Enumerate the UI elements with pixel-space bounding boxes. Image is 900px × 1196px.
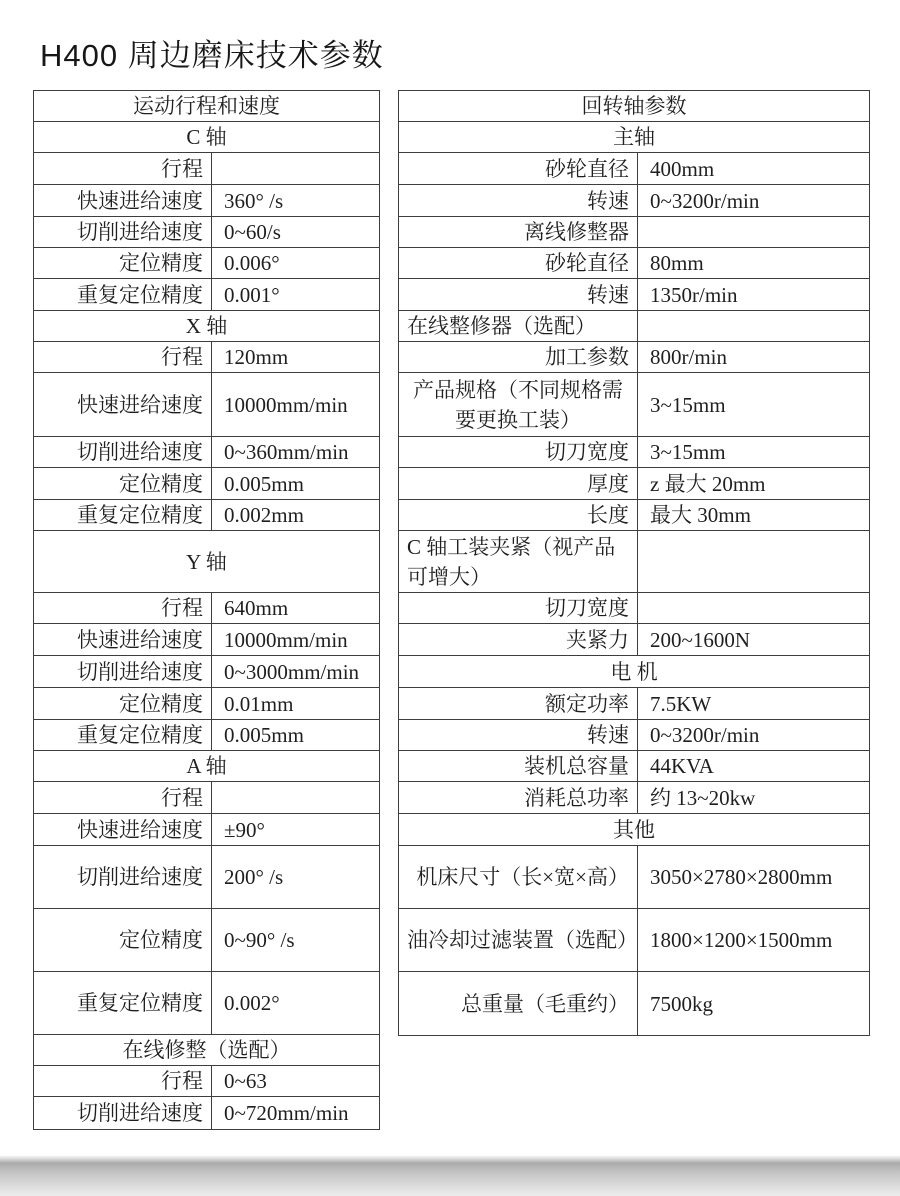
param-label-cell: C 轴工装夹紧（视产品可增大）	[399, 531, 638, 592]
section-header-row: 电 机	[399, 656, 869, 688]
section-header-label: 在线修整（选配）	[40, 1035, 373, 1065]
param-label: 在线整修器（选配）	[407, 311, 629, 341]
param-label: 切刀宽度	[407, 593, 629, 623]
param-label-cell: 转速	[399, 185, 638, 216]
table-row: 在线整修器（选配）	[399, 311, 869, 342]
param-label-cell: 油冷却过滤装置（选配）	[399, 909, 638, 971]
param-label-cell: 离线修整器	[399, 217, 638, 247]
param-value: 80mm	[650, 248, 863, 278]
param-label: 额定功率	[407, 689, 629, 719]
table-row: 切削进给速度0~60/s	[34, 217, 379, 248]
table-row: 夹紧力200~1600N	[399, 624, 869, 656]
param-label-cell: 在线整修器（选配）	[399, 311, 638, 341]
table-row: 重复定位精度0.002mm	[34, 500, 379, 531]
param-value-cell: 0.005mm	[212, 468, 379, 499]
rotary-axis-params-table: 回转轴参数主轴砂轮直径400mm转速0~3200r/min离线修整器砂轮直径80…	[398, 90, 870, 1036]
param-label-cell: 定位精度	[34, 468, 212, 499]
section-header: 电 机	[399, 656, 869, 687]
table-row: 转速0~3200r/min	[399, 720, 869, 751]
param-label: 行程	[42, 1066, 203, 1096]
param-label: 转速	[407, 280, 629, 310]
param-label: 行程	[42, 154, 203, 184]
param-label-cell: 夹紧力	[399, 624, 638, 655]
param-value: 3~15mm	[650, 437, 863, 467]
param-label-cell: 重复定位精度	[34, 720, 212, 750]
section-header-row: Y 轴	[34, 531, 379, 593]
param-label: 长度	[407, 500, 629, 530]
table-row: 切削进给速度0~360mm/min	[34, 437, 379, 468]
table-row: 切刀宽度3~15mm	[399, 437, 869, 468]
section-header: A 轴	[34, 751, 379, 781]
table-row: 产品规格（不同规格需要更换工装）3~15mm	[399, 373, 869, 437]
param-value-cell: 200~1600N	[638, 624, 869, 655]
table-row: 机床尺寸（长×宽×高）3050×2780×2800mm	[399, 846, 869, 909]
param-value: 0.001°	[224, 280, 373, 310]
param-label: 切削进给速度	[42, 437, 203, 467]
param-value-cell: 0.006°	[212, 248, 379, 278]
param-value-cell: 0.001°	[212, 279, 379, 310]
section-header-row: 运动行程和速度	[34, 91, 379, 122]
param-value: 640mm	[224, 593, 373, 623]
param-label: 总重量（毛重约）	[407, 989, 629, 1019]
param-value: 0~3000mm/min	[224, 657, 373, 687]
table-row: 定位精度0~90° /s	[34, 909, 379, 972]
param-label-cell: 厚度	[399, 468, 638, 499]
param-label: 切刀宽度	[407, 437, 629, 467]
param-value-cell: 10000mm/min	[212, 624, 379, 655]
param-value-cell: 7.5KW	[638, 688, 869, 719]
param-label: 快速进给速度	[42, 186, 203, 216]
param-value-cell: 3~15mm	[638, 373, 869, 436]
param-label-cell: 行程	[34, 153, 212, 184]
param-value: 7500kg	[650, 989, 863, 1019]
param-label-cell: 切削进给速度	[34, 846, 212, 908]
section-header-row: A 轴	[34, 751, 379, 782]
table-row: 厚度z 最大 20mm	[399, 468, 869, 500]
param-label-cell: 切削进给速度	[34, 437, 212, 467]
section-header-label: A 轴	[40, 751, 373, 781]
table-row: 加工参数800r/min	[399, 342, 869, 373]
param-label: 消耗总功率	[407, 783, 629, 813]
table-row: 行程0~63	[34, 1066, 379, 1097]
section-header-label: X 轴	[40, 311, 373, 341]
param-value-cell	[638, 217, 869, 247]
param-value-cell: 0.005mm	[212, 720, 379, 750]
param-value-cell: 120mm	[212, 342, 379, 372]
param-value: 10000mm/min	[224, 625, 373, 655]
section-header: Y 轴	[34, 531, 379, 592]
param-label-cell: 行程	[34, 342, 212, 372]
param-label-cell: 定位精度	[34, 248, 212, 278]
param-label: 重复定位精度	[42, 720, 203, 750]
motion-stroke-speed-table: 运动行程和速度C 轴行程快速进给速度360° /s切削进给速度0~60/s定位精…	[33, 90, 380, 1130]
section-header: C 轴	[34, 122, 379, 152]
param-value: 200~1600N	[650, 625, 863, 655]
param-value: 约 13~20kw	[650, 783, 863, 813]
param-value: 200° /s	[224, 862, 373, 892]
param-value: 0~720mm/min	[224, 1098, 373, 1128]
param-value-cell: 1800×1200×1500mm	[638, 909, 869, 971]
param-value: 0~90° /s	[224, 925, 373, 955]
param-label-cell: 转速	[399, 279, 638, 310]
param-label-cell: 定位精度	[34, 909, 212, 971]
table-row: 快速进给速度±90°	[34, 814, 379, 846]
param-label-cell: 砂轮直径	[399, 153, 638, 184]
section-header-row: 主轴	[399, 122, 869, 153]
param-label-cell: 机床尺寸（长×宽×高）	[399, 846, 638, 908]
table-row: 切削进给速度0~3000mm/min	[34, 656, 379, 688]
param-label-cell: 砂轮直径	[399, 248, 638, 278]
param-label: 定位精度	[42, 248, 203, 278]
section-header-label: 回转轴参数	[405, 91, 863, 121]
param-value: 0~63	[224, 1066, 373, 1096]
param-value-cell: 800r/min	[638, 342, 869, 372]
param-value: 3~15mm	[650, 390, 863, 420]
table-row: 转速0~3200r/min	[399, 185, 869, 217]
param-label: 定位精度	[42, 925, 203, 955]
param-label: 定位精度	[42, 469, 203, 499]
param-label: 砂轮直径	[407, 248, 629, 278]
param-value-cell: 44KVA	[638, 751, 869, 781]
param-value-cell: 最大 30mm	[638, 500, 869, 530]
param-value-cell: 0~720mm/min	[212, 1097, 379, 1129]
table-row: 行程640mm	[34, 593, 379, 624]
param-value: 0.01mm	[224, 689, 373, 719]
param-value: 最大 30mm	[650, 500, 863, 530]
section-header-label: C 轴	[40, 122, 373, 152]
table-row: 定位精度0.005mm	[34, 468, 379, 500]
table-row: 长度最大 30mm	[399, 500, 869, 531]
table-row: 砂轮直径400mm	[399, 153, 869, 185]
param-value: 0~360mm/min	[224, 437, 373, 467]
param-value: 44KVA	[650, 751, 863, 781]
table-row: 切削进给速度200° /s	[34, 846, 379, 909]
param-value: 800r/min	[650, 342, 863, 372]
param-label: 产品规格（不同规格需要更换工装）	[407, 375, 629, 435]
param-value-cell: 3050×2780×2800mm	[638, 846, 869, 908]
param-value: 1350r/min	[650, 280, 863, 310]
table-row: 定位精度0.01mm	[34, 688, 379, 720]
param-label: 快速进给速度	[42, 625, 203, 655]
param-value-cell: 0.01mm	[212, 688, 379, 719]
param-label-cell: 定位精度	[34, 688, 212, 719]
param-label-cell: 长度	[399, 500, 638, 530]
param-label-cell: 消耗总功率	[399, 782, 638, 813]
table-row: 转速1350r/min	[399, 279, 869, 311]
table-row: 油冷却过滤装置（选配）1800×1200×1500mm	[399, 909, 869, 972]
param-label: 砂轮直径	[407, 154, 629, 184]
param-label: 行程	[42, 593, 203, 623]
param-value-cell: 0.002°	[212, 972, 379, 1034]
table-row: 切削进给速度0~720mm/min	[34, 1097, 379, 1129]
table-row: C 轴工装夹紧（视产品可增大）	[399, 531, 869, 593]
param-label-cell: 行程	[34, 593, 212, 623]
param-value-cell: 360° /s	[212, 185, 379, 216]
param-label-cell: 切削进给速度	[34, 656, 212, 687]
param-value: 360° /s	[224, 186, 373, 216]
param-value-cell: 0~3200r/min	[638, 720, 869, 750]
param-label-cell: 切刀宽度	[399, 437, 638, 467]
section-header-label: 电 机	[405, 657, 863, 687]
param-value: 0.005mm	[224, 469, 373, 499]
param-label: 切削进给速度	[42, 657, 203, 687]
param-value: 10000mm/min	[224, 390, 373, 420]
table-row: 快速进给速度10000mm/min	[34, 373, 379, 437]
param-label-cell: 行程	[34, 782, 212, 813]
param-value: 0.006°	[224, 248, 373, 278]
param-value: 120mm	[224, 342, 373, 372]
param-label: 快速进给速度	[42, 390, 203, 420]
table-row: 砂轮直径80mm	[399, 248, 869, 279]
param-label-cell: 产品规格（不同规格需要更换工装）	[399, 373, 638, 436]
section-header-label: 运动行程和速度	[40, 91, 373, 121]
section-header: 其他	[399, 814, 869, 845]
param-value: 0~60/s	[224, 217, 373, 247]
param-label: 离线修整器	[407, 217, 629, 247]
section-header: X 轴	[34, 311, 379, 341]
table-row: 行程120mm	[34, 342, 379, 373]
param-value: 400mm	[650, 154, 863, 184]
param-value: 0~3200r/min	[650, 720, 863, 750]
table-row: 快速进给速度10000mm/min	[34, 624, 379, 656]
section-header: 运动行程和速度	[34, 91, 379, 121]
table-row: 总重量（毛重约）7500kg	[399, 972, 869, 1035]
table-row: 装机总容量44KVA	[399, 751, 869, 782]
param-label-cell: 切削进给速度	[34, 1097, 212, 1129]
param-label-cell: 装机总容量	[399, 751, 638, 781]
param-value: 0.002°	[224, 988, 373, 1018]
param-label: 重复定位精度	[42, 500, 203, 530]
table-row: 额定功率7.5KW	[399, 688, 869, 720]
param-value-cell: 0~3000mm/min	[212, 656, 379, 687]
section-header-label: 主轴	[405, 122, 863, 152]
param-label: 装机总容量	[407, 751, 629, 781]
param-label: 加工参数	[407, 342, 629, 372]
param-value-cell: 0.002mm	[212, 500, 379, 530]
param-label: 重复定位精度	[42, 988, 203, 1018]
section-header: 回转轴参数	[399, 91, 869, 121]
param-label-cell: 重复定位精度	[34, 279, 212, 310]
section-header: 在线修整（选配）	[34, 1035, 379, 1065]
param-label-cell: 加工参数	[399, 342, 638, 372]
param-label: 切削进给速度	[42, 1098, 203, 1128]
param-label: 机床尺寸（长×宽×高）	[407, 862, 629, 892]
table-row: 快速进给速度360° /s	[34, 185, 379, 217]
param-value-cell: 3~15mm	[638, 437, 869, 467]
section-header-row: C 轴	[34, 122, 379, 153]
param-value: z 最大 20mm	[650, 469, 863, 499]
param-value-cell: 200° /s	[212, 846, 379, 908]
param-label: 切削进给速度	[42, 862, 203, 892]
param-label-cell: 额定功率	[399, 688, 638, 719]
param-value-cell: 10000mm/min	[212, 373, 379, 436]
param-label-cell: 快速进给速度	[34, 185, 212, 216]
param-label: 转速	[407, 186, 629, 216]
table-row: 重复定位精度0.005mm	[34, 720, 379, 751]
param-value-cell: 0~90° /s	[212, 909, 379, 971]
param-label: 行程	[42, 783, 203, 813]
param-label: 重复定位精度	[42, 280, 203, 310]
section-header-row: 其他	[399, 814, 869, 846]
table-row: 行程	[34, 153, 379, 185]
param-label-cell: 重复定位精度	[34, 972, 212, 1034]
param-value-cell	[638, 531, 869, 592]
param-value-cell	[212, 782, 379, 813]
param-label-cell: 切削进给速度	[34, 217, 212, 247]
param-value-cell: 0~60/s	[212, 217, 379, 247]
param-value: 0.002mm	[224, 500, 373, 530]
param-value: 7.5KW	[650, 689, 863, 719]
param-label-cell: 行程	[34, 1066, 212, 1096]
section-header-row: X 轴	[34, 311, 379, 342]
param-label: 定位精度	[42, 689, 203, 719]
param-value-cell	[212, 153, 379, 184]
param-value-cell: 640mm	[212, 593, 379, 623]
param-value: 1800×1200×1500mm	[650, 925, 863, 955]
param-value-cell: 1350r/min	[638, 279, 869, 310]
section-header-row: 在线修整（选配）	[34, 1035, 379, 1066]
param-label-cell: 转速	[399, 720, 638, 750]
param-label-cell: 重复定位精度	[34, 500, 212, 530]
param-label-cell: 切刀宽度	[399, 593, 638, 623]
param-label-cell: 快速进给速度	[34, 373, 212, 436]
param-value-cell: 约 13~20kw	[638, 782, 869, 813]
param-label-cell: 快速进给速度	[34, 624, 212, 655]
table-row: 行程	[34, 782, 379, 814]
param-value: 3050×2780×2800mm	[650, 862, 863, 892]
section-header-label: 其他	[405, 815, 863, 845]
param-label: 快速进给速度	[42, 815, 203, 845]
page-bottom-shadow	[0, 1155, 900, 1196]
section-header-label: Y 轴	[40, 547, 373, 577]
param-value-cell: 0~360mm/min	[212, 437, 379, 467]
param-value-cell: 80mm	[638, 248, 869, 278]
param-value: 0~3200r/min	[650, 186, 863, 216]
param-value-cell: 0~63	[212, 1066, 379, 1096]
table-row: 定位精度0.006°	[34, 248, 379, 279]
section-header-row: 回转轴参数	[399, 91, 869, 122]
section-header: 主轴	[399, 122, 869, 152]
param-value: ±90°	[224, 815, 373, 845]
param-label: C 轴工装夹紧（视产品可增大）	[407, 532, 629, 592]
param-label: 行程	[42, 342, 203, 372]
param-value-cell: z 最大 20mm	[638, 468, 869, 499]
param-label-cell: 快速进给速度	[34, 814, 212, 845]
table-row: 重复定位精度0.002°	[34, 972, 379, 1035]
param-value-cell: 400mm	[638, 153, 869, 184]
page-title: H400 周边磨床技术参数	[40, 30, 384, 75]
param-label: 厚度	[407, 469, 629, 499]
param-value-cell: 0~3200r/min	[638, 185, 869, 216]
page: H400 周边磨床技术参数 运动行程和速度C 轴行程快速进给速度360° /s切…	[0, 0, 900, 1196]
table-row: 切刀宽度	[399, 593, 869, 624]
param-value-cell	[638, 593, 869, 623]
table-row: 离线修整器	[399, 217, 869, 248]
table-row: 消耗总功率约 13~20kw	[399, 782, 869, 814]
param-value-cell: ±90°	[212, 814, 379, 845]
param-label: 夹紧力	[407, 625, 629, 655]
table-row: 重复定位精度0.001°	[34, 279, 379, 311]
param-label-cell: 总重量（毛重约）	[399, 972, 638, 1035]
param-value-cell: 7500kg	[638, 972, 869, 1035]
param-label: 油冷却过滤装置（选配）	[407, 925, 629, 955]
param-value: 0.005mm	[224, 720, 373, 750]
param-label: 切削进给速度	[42, 217, 203, 247]
param-label: 转速	[407, 720, 629, 750]
param-value-cell	[638, 311, 869, 341]
